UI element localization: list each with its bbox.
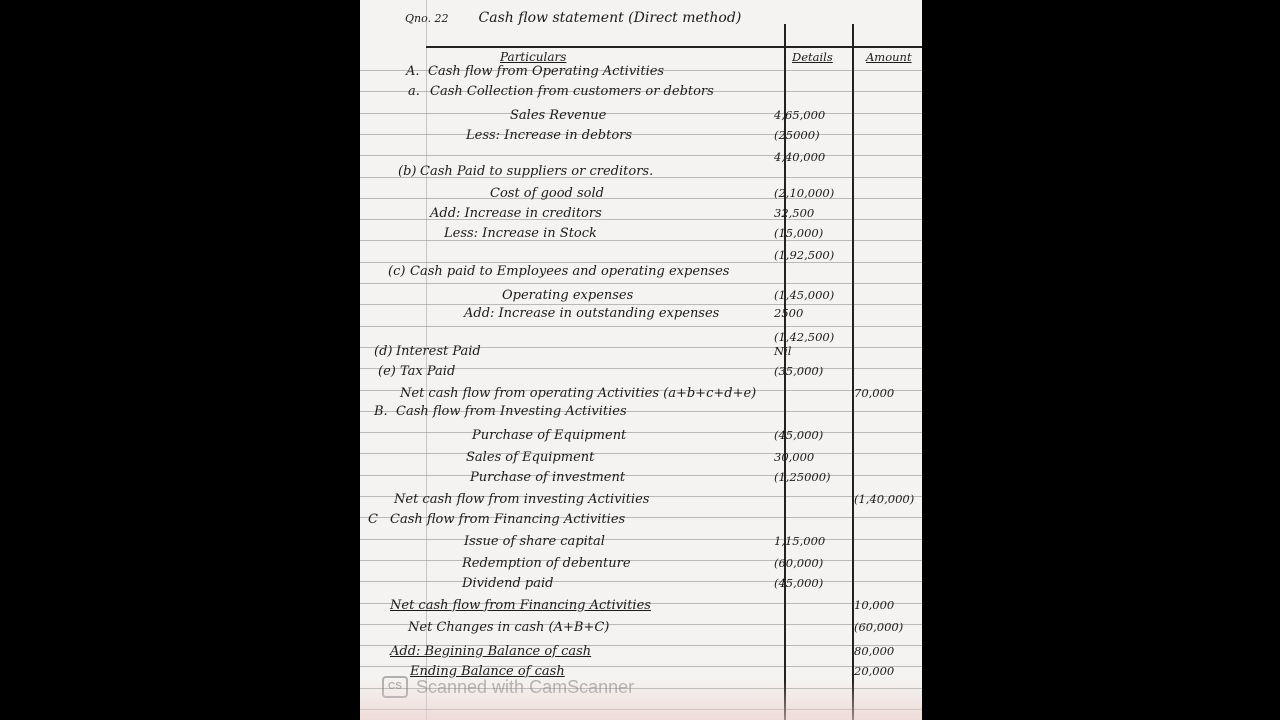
row-particulars: Add: Begining Balance of cash: [390, 644, 591, 659]
row-details-value: (35,000): [774, 364, 854, 378]
scanned-page: Qno. 22 Cash flow statement (Direct meth…: [360, 0, 922, 720]
row-details-value: (1,92,500): [774, 248, 854, 262]
row-particulars: Purchase of investment: [470, 470, 625, 485]
row-particulars: Issue of share capital: [464, 534, 605, 549]
row-marker: B.: [374, 404, 388, 419]
table-row: Add: Begining Balance of cash80,000: [360, 644, 922, 664]
row-particulars: Cash flow from Financing Activities: [390, 512, 625, 527]
question-number: Qno. 22: [405, 12, 449, 25]
row-amount-value: 70,000: [854, 386, 920, 400]
row-particulars: Add: Increase in outstanding expenses: [464, 306, 719, 321]
row-details-value: (1,45,000): [774, 288, 854, 302]
row-particulars: Cost of good sold: [490, 186, 604, 201]
table-row: Net cash flow from operating Activities …: [360, 386, 922, 406]
row-particulars: Cash paid to Employees and operating exp…: [410, 264, 729, 279]
table-row: (c)Cash paid to Employees and operating …: [360, 264, 922, 284]
row-particulars: Cash flow from Operating Activities: [428, 64, 664, 79]
row-marker: (c): [388, 264, 405, 279]
row-details-value: (2,10,000): [774, 186, 854, 200]
table-row: Sales Revenue4,65,000: [360, 108, 922, 128]
row-particulars: Less: Increase in debtors: [466, 128, 632, 143]
row-details-value: 2500: [774, 306, 854, 320]
row-particulars: Sales Revenue: [510, 108, 606, 123]
table-row: (d)Interest PaidNil: [360, 344, 922, 364]
table-row: Add: Increase in outstanding expenses250…: [360, 306, 922, 326]
row-details-value: (60,000): [774, 556, 854, 570]
row-details-value: (1,42,500): [774, 330, 854, 344]
row-marker: C: [368, 512, 378, 527]
table-row: Dividend paid(45,000): [360, 576, 922, 596]
row-amount-value: 10,000: [854, 598, 920, 612]
row-details-value: (45,000): [774, 576, 854, 590]
row-particulars: Less: Increase in Stock: [444, 226, 597, 241]
row-details-value: (15,000): [774, 226, 854, 240]
table-row: CCash flow from Financing Activities: [360, 512, 922, 532]
row-particulars: Dividend paid: [462, 576, 553, 591]
table-row: Purchase of investment(1,25000): [360, 470, 922, 490]
table-row: Net Changes in cash (A+B+C)(60,000): [360, 620, 922, 640]
row-details-value: 4,40,000: [774, 150, 854, 164]
table-row: Add: Increase in creditors32,500: [360, 206, 922, 226]
table-row: (b)Cash Paid to suppliers or creditors.: [360, 164, 922, 184]
row-details-value: Nil: [774, 344, 854, 358]
row-particulars: Interest Paid: [396, 344, 481, 359]
row-particulars: Sales of Equipment: [466, 450, 594, 465]
row-marker: (e): [378, 364, 396, 379]
row-particulars: Cash flow from Investing Activities: [396, 404, 627, 419]
row-particulars: Add: Increase in creditors: [430, 206, 602, 221]
row-amount-value: (1,40,000): [854, 492, 920, 506]
row-amount-value: (60,000): [854, 620, 920, 634]
row-particulars: Cash Paid to suppliers or creditors.: [420, 164, 653, 179]
row-particulars: Net cash flow from operating Activities …: [400, 386, 756, 401]
row-particulars: Operating expenses: [502, 288, 633, 303]
table-row: Purchase of Equipment(45,000): [360, 428, 922, 448]
document-title-block: Qno. 22 Cash flow statement (Direct meth…: [405, 10, 741, 26]
page-bottom-shadow: [360, 680, 922, 720]
table-row: Operating expenses(1,45,000): [360, 288, 922, 308]
table-row: A.Cash flow from Operating Activities: [360, 64, 922, 84]
ruled-line: [360, 326, 922, 327]
table-row: Sales of Equipment30,000: [360, 450, 922, 470]
row-particulars: Net cash flow from Financing Activities: [390, 598, 651, 613]
row-marker: a.: [408, 84, 420, 99]
row-particulars: Net Changes in cash (A+B+C): [408, 620, 609, 635]
table-row: Redemption of debenture(60,000): [360, 556, 922, 576]
row-details-value: 1,15,000: [774, 534, 854, 548]
header-particulars: Particulars: [500, 50, 566, 64]
row-particulars: Tax Paid: [400, 364, 455, 379]
row-details-value: 4,65,000: [774, 108, 854, 122]
row-particulars: Net cash flow from investing Activities: [394, 492, 649, 507]
row-details-value: (25000): [774, 128, 854, 142]
table-row: Less: Increase in debtors(25000): [360, 128, 922, 148]
table-row: a.Cash Collection from customers or debt…: [360, 84, 922, 104]
row-details-value: 30,000: [774, 450, 854, 464]
table-row: B.Cash flow from Investing Activities: [360, 404, 922, 424]
row-particulars: Cash Collection from customers or debtor…: [430, 84, 714, 99]
row-details-value: 32,500: [774, 206, 854, 220]
row-details-value: (1,25000): [774, 470, 854, 484]
row-details-value: (45,000): [774, 428, 854, 442]
header-amount: Amount: [866, 50, 922, 64]
table-row: Less: Increase in Stock(15,000): [360, 226, 922, 246]
table-row: (e)Tax Paid(35,000): [360, 364, 922, 384]
row-amount-value: 80,000: [854, 644, 920, 658]
header-details: Details: [792, 50, 872, 64]
table-row: Issue of share capital1,15,000: [360, 534, 922, 554]
row-marker: (b): [398, 164, 416, 179]
table-row: Net cash flow from Financing Activities1…: [360, 598, 922, 618]
table-row: Cost of good sold(2,10,000): [360, 186, 922, 206]
row-marker: A.: [406, 64, 420, 79]
row-particulars: Redemption of debenture: [462, 556, 631, 571]
table-row: Net cash flow from investing Activities(…: [360, 492, 922, 512]
document-title: Cash flow statement (Direct method): [479, 10, 742, 26]
table-top-border: [426, 46, 922, 48]
row-amount-value: 20,000: [854, 664, 920, 678]
row-marker: (d): [374, 344, 392, 359]
row-particulars: Purchase of Equipment: [472, 428, 626, 443]
